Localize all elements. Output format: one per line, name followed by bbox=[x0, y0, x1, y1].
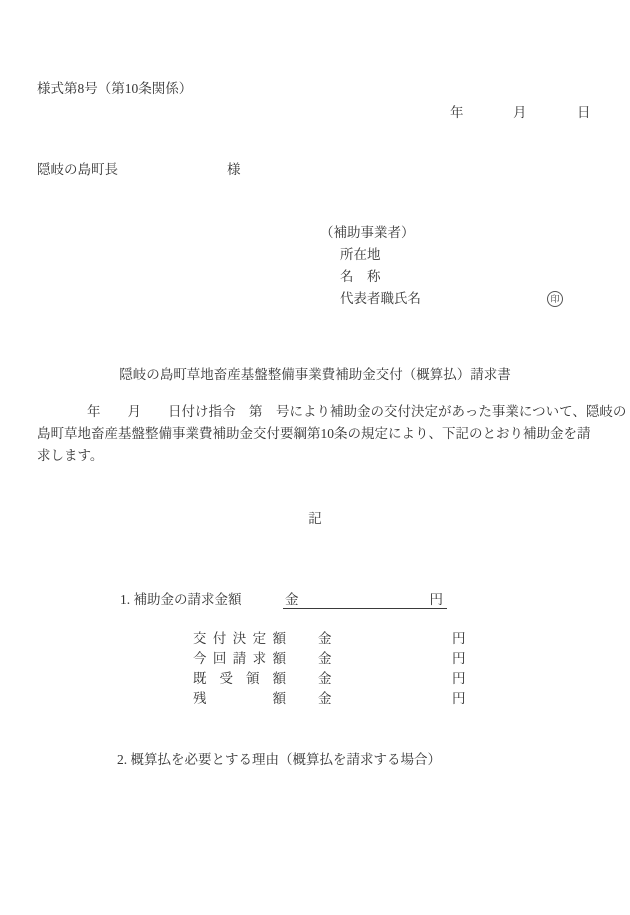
amount-row-label: 残額 bbox=[193, 691, 286, 708]
date-day-label: 日 bbox=[577, 105, 591, 122]
applicant-name-label: 名 称 bbox=[340, 269, 381, 286]
amount-row-yen-suffix: 円 bbox=[452, 671, 466, 688]
amount-row: 交付決定額 金 円 bbox=[0, 631, 630, 651]
amount-row-label: 今回請求額 bbox=[193, 651, 286, 668]
amount-row-yen-prefix: 金 bbox=[318, 671, 332, 688]
addressee-honorific: 様 bbox=[227, 162, 241, 179]
amount-row-yen-suffix: 円 bbox=[452, 691, 466, 708]
addressee-title: 隠岐の島町長 bbox=[37, 162, 118, 179]
applicant-representative-label: 代表者職氏名 bbox=[340, 291, 421, 308]
document-title: 隠岐の島町草地畜産基盤整備事業費補助金交付（概算払）請求書 bbox=[0, 367, 630, 384]
amount-row-yen-suffix: 円 bbox=[452, 651, 466, 668]
amount-row: 残額 金 円 bbox=[0, 691, 630, 711]
item1-yen-suffix: 円 bbox=[430, 592, 444, 608]
amount-row-yen-prefix: 金 bbox=[318, 631, 332, 648]
item1-label: 1. 補助金の請求金額 bbox=[120, 592, 242, 609]
date-month-label: 月 bbox=[513, 105, 527, 122]
re-marker: 記 bbox=[0, 511, 630, 528]
form-number: 様式第8号（第10条関係） bbox=[37, 81, 192, 98]
amount-row-label: 既受領額 bbox=[193, 671, 286, 688]
item1-yen-prefix: 金 bbox=[285, 592, 299, 608]
applicant-address-label: 所在地 bbox=[340, 247, 381, 264]
item2-label: 2. 概算払を必要とする理由（概算払を請求する場合） bbox=[117, 752, 441, 769]
amount-row-yen-suffix: 円 bbox=[452, 631, 466, 648]
amount-row: 今回請求額 金 円 bbox=[0, 651, 630, 671]
amount-row: 既受領額 金 円 bbox=[0, 671, 630, 691]
body-line: 島町草地畜産基盤整備事業費補助金交付要綱第10条の規定により、下記のとおり補助金… bbox=[37, 426, 612, 443]
amount-row-yen-prefix: 金 bbox=[318, 651, 332, 668]
amount-row-yen-prefix: 金 bbox=[318, 691, 332, 708]
applicant-heading: （補助事業者） bbox=[320, 225, 415, 242]
body-line: 求します。 bbox=[37, 448, 612, 465]
body-line: 年 月 日付け指令 第 号により補助金の交付決定があった事業について、隠岐の bbox=[37, 404, 612, 421]
seal-icon: 印 bbox=[547, 291, 563, 307]
document-page: 様式第8号（第10条関係） 年 月 日 隠岐の島町長 様 （補助事業者） 所在地… bbox=[0, 0, 630, 915]
item1-amount-underline: 金 円 bbox=[283, 592, 447, 609]
amount-row-label: 交付決定額 bbox=[193, 631, 286, 648]
date-year-label: 年 bbox=[450, 105, 464, 122]
